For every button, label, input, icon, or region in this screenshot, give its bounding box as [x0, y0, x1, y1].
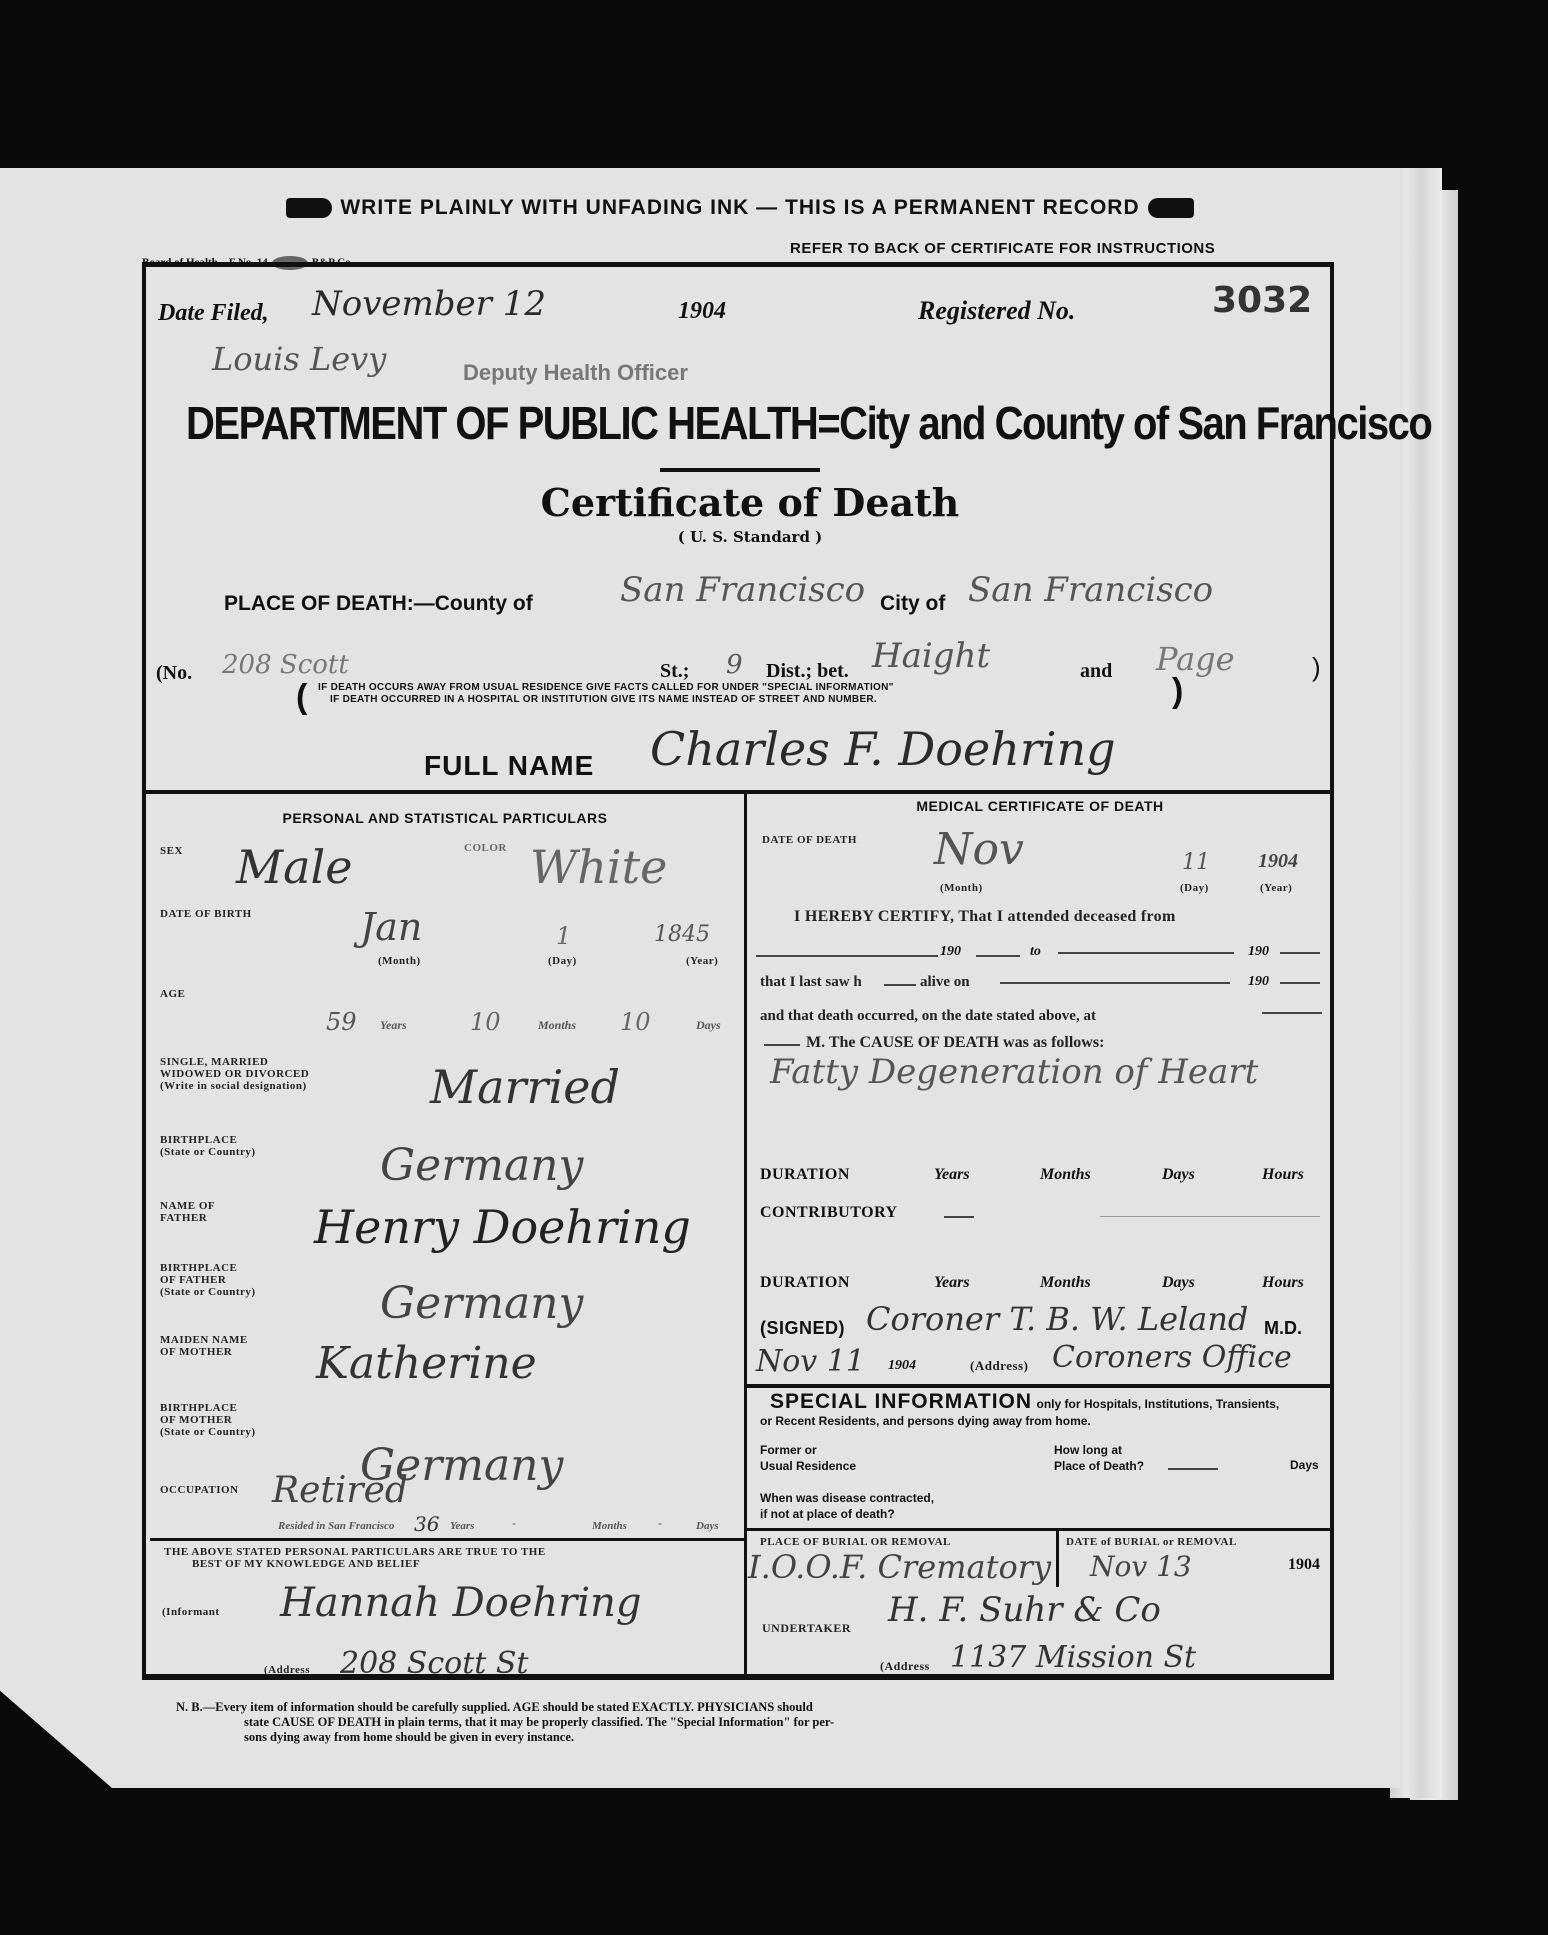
resided-years: 36	[414, 1512, 439, 1536]
dod-day-caption: (Day)	[1180, 882, 1209, 894]
mother-bp-label-line: BIRTHPLACE	[160, 1402, 256, 1414]
birthplace-label: BIRTHPLACE (State or Country)	[160, 1134, 256, 1158]
md-label: M.D.	[1264, 1318, 1302, 1339]
city-label: City of	[880, 592, 945, 616]
personal-heading: PERSONAL AND STATISTICAL PARTICULARS	[150, 810, 740, 826]
burial-divider	[747, 1528, 1330, 1531]
dob-day-caption: (Day)	[548, 955, 577, 967]
column-divider	[744, 794, 747, 1678]
title-divider	[660, 468, 820, 472]
age-years-caption: Years	[380, 1018, 407, 1033]
alive-on-label: alive on	[920, 974, 970, 991]
dod-day: 11	[1182, 850, 1210, 875]
registered-number: 3032	[1212, 280, 1312, 321]
undertaker-label: UNDERTAKER	[762, 1622, 851, 1634]
pointing-hand-icon	[1148, 198, 1194, 218]
date-filed-year: 1904	[678, 298, 726, 325]
attended-from-line	[976, 955, 1020, 957]
residence-note-1: IF DEATH OCCURS AWAY FROM USUAL RESIDENC…	[318, 682, 894, 693]
disease-contracted-label-line: if not at place of death?	[760, 1506, 934, 1522]
father-bp-label-line: (State or Country)	[160, 1286, 256, 1298]
full-name-value: Charles F. Doehring	[650, 722, 1116, 776]
dob-month: Jan	[360, 905, 422, 949]
nb-line: state CAUSE OF DEATH in plain terms, tha…	[176, 1715, 834, 1730]
duration-hours-caption: Hours	[1262, 1274, 1304, 1292]
marital-label-line: WIDOWED OR DIVORCED	[160, 1068, 309, 1080]
father-label-line: FATHER	[160, 1212, 215, 1224]
banner-text: WRITE PLAINLY WITH UNFADING INK — THIS I…	[340, 196, 1139, 219]
year-stub: 190	[1248, 974, 1269, 990]
resided-days-caption: Days	[696, 1520, 719, 1532]
mother-bp-label-line: (State or Country)	[160, 1426, 256, 1438]
pointing-hand-icon	[286, 198, 332, 218]
physician-address: Coroners Office	[1052, 1340, 1292, 1375]
certificate-title: Certificate of Death	[540, 480, 960, 525]
how-long-line	[1168, 1468, 1218, 1470]
father-name-label: NAME OF FATHER	[160, 1200, 215, 1224]
sex-value: Male	[236, 840, 352, 894]
duration-years-caption: Years	[934, 1274, 970, 1292]
ward-value: 9	[726, 650, 743, 680]
refer-instructions: REFER TO BACK OF CERTIFICATE FOR INSTRUC…	[790, 240, 1215, 257]
marital-label-line: (Write in social designation)	[160, 1080, 309, 1092]
street-no-value: 208 Scott	[222, 650, 349, 680]
physician-signature: Coroner T. B. W. Leland	[866, 1300, 1248, 1338]
attended-to-line	[1280, 952, 1320, 954]
father-bp-label-line: BIRTHPLACE	[160, 1262, 256, 1274]
and-label: and	[1080, 660, 1112, 683]
certificate-frame	[142, 262, 1334, 1680]
former-residence-label-line: Former or	[760, 1442, 856, 1458]
former-residence-label: Former or Usual Residence	[760, 1442, 856, 1474]
informant-label: (Informant	[162, 1606, 220, 1618]
occupation-label: OCCUPATION	[160, 1484, 239, 1496]
certify-statement: I HEREBY CERTIFY, That I attended deceas…	[794, 908, 1176, 926]
full-name-label: FULL NAME	[424, 750, 594, 782]
contributory-line	[1100, 1216, 1320, 1217]
registered-label: Registered No.	[918, 296, 1075, 326]
age-days: 10	[620, 1008, 651, 1036]
resided-months-caption: Months	[592, 1520, 627, 1532]
resided-months: -	[512, 1516, 516, 1530]
informant-name: Hannah Doehring	[280, 1580, 641, 1626]
birthplace-value: Germany	[380, 1140, 583, 1191]
mother-name-label: MAIDEN NAME OF MOTHER	[160, 1334, 248, 1358]
how-long-label-line: How long at	[1054, 1442, 1144, 1458]
contributory-line	[944, 1216, 974, 1218]
medical-heading: MEDICAL CERTIFICATE OF DEATH	[750, 798, 1330, 814]
date-filed-value: November 12	[312, 284, 546, 324]
color-value: White	[530, 840, 667, 894]
mother-label-line: MAIDEN NAME	[160, 1334, 248, 1346]
marital-status-value: Married	[430, 1060, 620, 1114]
undertaker-value: H. F. Suhr & Co	[888, 1590, 1161, 1630]
duration-label: DURATION	[760, 1274, 850, 1292]
special-info-title: SPECIAL INFORMATION	[770, 1390, 1032, 1413]
informant-address: 208 Scott St	[340, 1646, 528, 1681]
duration-label: DURATION	[760, 1166, 850, 1184]
close-paren: )	[1312, 652, 1321, 683]
attended-from-line	[756, 955, 938, 957]
last-saw-label: that I last saw h	[760, 974, 862, 991]
note-bracket-left: (	[296, 678, 307, 717]
department-title: DEPARTMENT OF PUBLIC HEALTH=City and Cou…	[186, 399, 1316, 451]
dod-month: Nov	[934, 824, 1024, 875]
dod-year-caption: (Year)	[1260, 882, 1292, 894]
age-days-caption: Days	[696, 1018, 721, 1033]
st-label: St.;	[660, 660, 689, 683]
between-street-1: Haight	[872, 636, 990, 676]
nb-footnote: N. B.—Every item of information should b…	[176, 1700, 834, 1745]
time-line	[764, 1044, 800, 1046]
father-bp-label-line: OF FATHER	[160, 1274, 256, 1286]
special-info-note: only for Hospitals, Institutions, Transi…	[1037, 1397, 1280, 1411]
special-info-divider	[747, 1384, 1330, 1388]
city-value: San Francisco	[968, 570, 1213, 610]
duration-months-caption: Months	[1040, 1274, 1091, 1292]
special-info-heading: SPECIAL INFORMATION only for Hospitals, …	[770, 1390, 1279, 1414]
place-of-death-label: PLACE OF DEATH:—County of	[224, 592, 533, 616]
informant-statement: THE ABOVE STATED PERSONAL PARTICULARS AR…	[164, 1546, 546, 1570]
burial-column-divider	[1056, 1531, 1059, 1587]
how-long-label: How long at Place of Death?	[1054, 1442, 1144, 1474]
date-of-birth-label: DATE OF BIRTH	[160, 908, 252, 920]
dist-between-label: Dist.; bet.	[766, 660, 849, 683]
mother-bp-label-line: OF MOTHER	[160, 1414, 256, 1426]
time-line	[1262, 1012, 1322, 1014]
officer-signature: Louis Levy	[212, 340, 386, 378]
undertaker-address: 1137 Mission St	[950, 1640, 1196, 1675]
cause-intro: M. The CAUSE OF DEATH was as follows:	[806, 1034, 1104, 1052]
street-no-label: (No.	[156, 662, 192, 685]
resided-days: -	[658, 1516, 662, 1530]
former-residence-label-line: Usual Residence	[760, 1458, 856, 1474]
burial-place-value: I.O.O.F. Crematory	[748, 1548, 1051, 1586]
dob-year: 1845	[654, 922, 710, 947]
year-stub: 190	[940, 944, 961, 960]
resided-years-caption: Years	[450, 1520, 474, 1532]
physician-address-label: (Address)	[970, 1360, 1028, 1372]
to-label: to	[1030, 944, 1041, 960]
section-divider	[146, 790, 1330, 794]
cause-of-death: Fatty Degeneration of Heart	[770, 1052, 1258, 1092]
signed-date: Nov 11	[756, 1344, 865, 1379]
age-label: AGE	[160, 988, 185, 1000]
duration-years-caption: Years	[934, 1166, 970, 1184]
disease-contracted-label: When was disease contracted, if not at p…	[760, 1490, 934, 1522]
undertaker-address-label: (Address	[880, 1660, 930, 1672]
days-label: Days	[1290, 1458, 1319, 1472]
dod-month-caption: (Month)	[940, 882, 983, 894]
us-standard-note: ( U. S. Standard )	[540, 528, 960, 546]
between-street-2: Page	[1156, 640, 1235, 678]
burial-place-label: PLACE OF BURIAL OR REMOVAL	[760, 1536, 951, 1548]
informant-divider	[150, 1538, 744, 1541]
special-info-note-2: or Recent Residents, and persons dying a…	[760, 1414, 1091, 1428]
duration-months-caption: Months	[1040, 1166, 1091, 1184]
pronoun-line	[884, 984, 916, 986]
informant-statement-line: THE ABOVE STATED PERSONAL PARTICULARS AR…	[164, 1546, 546, 1558]
county-value: San Francisco	[620, 570, 865, 610]
mother-label-line: OF MOTHER	[160, 1346, 248, 1358]
year-stub: 190	[1248, 944, 1269, 960]
how-long-label-line: Place of Death?	[1054, 1458, 1144, 1474]
contributory-label: CONTRIBUTORY	[760, 1204, 898, 1222]
father-name-value: Henry Doehring	[314, 1200, 691, 1254]
resided-label: Resided in San Francisco	[278, 1520, 394, 1532]
age-months-caption: Months	[538, 1018, 576, 1033]
residence-note-2: IF DEATH OCCURRED IN A HOSPITAL OR INSTI…	[330, 694, 877, 705]
dob-month-caption: (Month)	[378, 955, 421, 967]
burial-date-label: DATE of BURIAL or REMOVAL	[1066, 1536, 1237, 1548]
nb-line: sons dying away from home should be give…	[176, 1730, 834, 1745]
father-birthplace-label: BIRTHPLACE OF FATHER (State or Country)	[160, 1262, 256, 1298]
mother-birthplace-label: BIRTHPLACE OF MOTHER (State or Country)	[160, 1402, 256, 1438]
marital-status-label: SINGLE, MARRIED WIDOWED OR DIVORCED (Wri…	[160, 1056, 309, 1092]
dod-year: 1904	[1258, 850, 1298, 873]
note-bracket-right: )	[1172, 672, 1183, 711]
birthplace-label-line: (State or Country)	[160, 1146, 256, 1158]
duration-hours-caption: Hours	[1262, 1166, 1304, 1184]
duration-days-caption: Days	[1162, 1274, 1195, 1292]
permanent-record-banner: WRITE PLAINLY WITH UNFADING INK — THIS I…	[190, 196, 1290, 220]
burial-date-value: Nov 13	[1090, 1550, 1192, 1583]
informant-statement-line: BEST OF MY KNOWLEDGE AND BELIEF	[164, 1558, 546, 1570]
age-months: 10	[470, 1008, 501, 1036]
burial-year-value: 1904	[1288, 1556, 1320, 1574]
birthplace-label-line: BIRTHPLACE	[160, 1134, 256, 1146]
date-of-death-label: DATE OF DEATH	[762, 834, 857, 846]
date-filed-label: Date Filed,	[158, 300, 269, 327]
officer-title: Deputy Health Officer	[463, 360, 688, 386]
death-occurred-label: and that death occurred, on the date sta…	[760, 1008, 1096, 1025]
dob-day: 1	[556, 922, 571, 950]
color-label: COLOR	[464, 842, 507, 854]
dob-year-caption: (Year)	[686, 955, 718, 967]
father-birthplace-value: Germany	[380, 1278, 583, 1329]
age-years: 59	[326, 1008, 357, 1036]
last-saw-line	[1000, 982, 1230, 984]
duration-days-caption: Days	[1162, 1166, 1195, 1184]
signed-year: 1904	[888, 1358, 916, 1374]
sex-label: SEX	[160, 845, 183, 857]
informant-address-label: (Address	[264, 1664, 310, 1676]
father-label-line: NAME OF	[160, 1200, 215, 1212]
signed-label: (SIGNED)	[760, 1318, 845, 1339]
disease-contracted-label-line: When was disease contracted,	[760, 1490, 934, 1506]
last-saw-line	[1280, 982, 1320, 984]
mother-name-value: Katherine	[316, 1338, 537, 1389]
nb-line: N. B.—Every item of information should b…	[176, 1700, 834, 1715]
attended-to-line	[1058, 952, 1234, 954]
marital-label-line: SINGLE, MARRIED	[160, 1056, 309, 1068]
occupation-value: Retired	[272, 1470, 408, 1511]
